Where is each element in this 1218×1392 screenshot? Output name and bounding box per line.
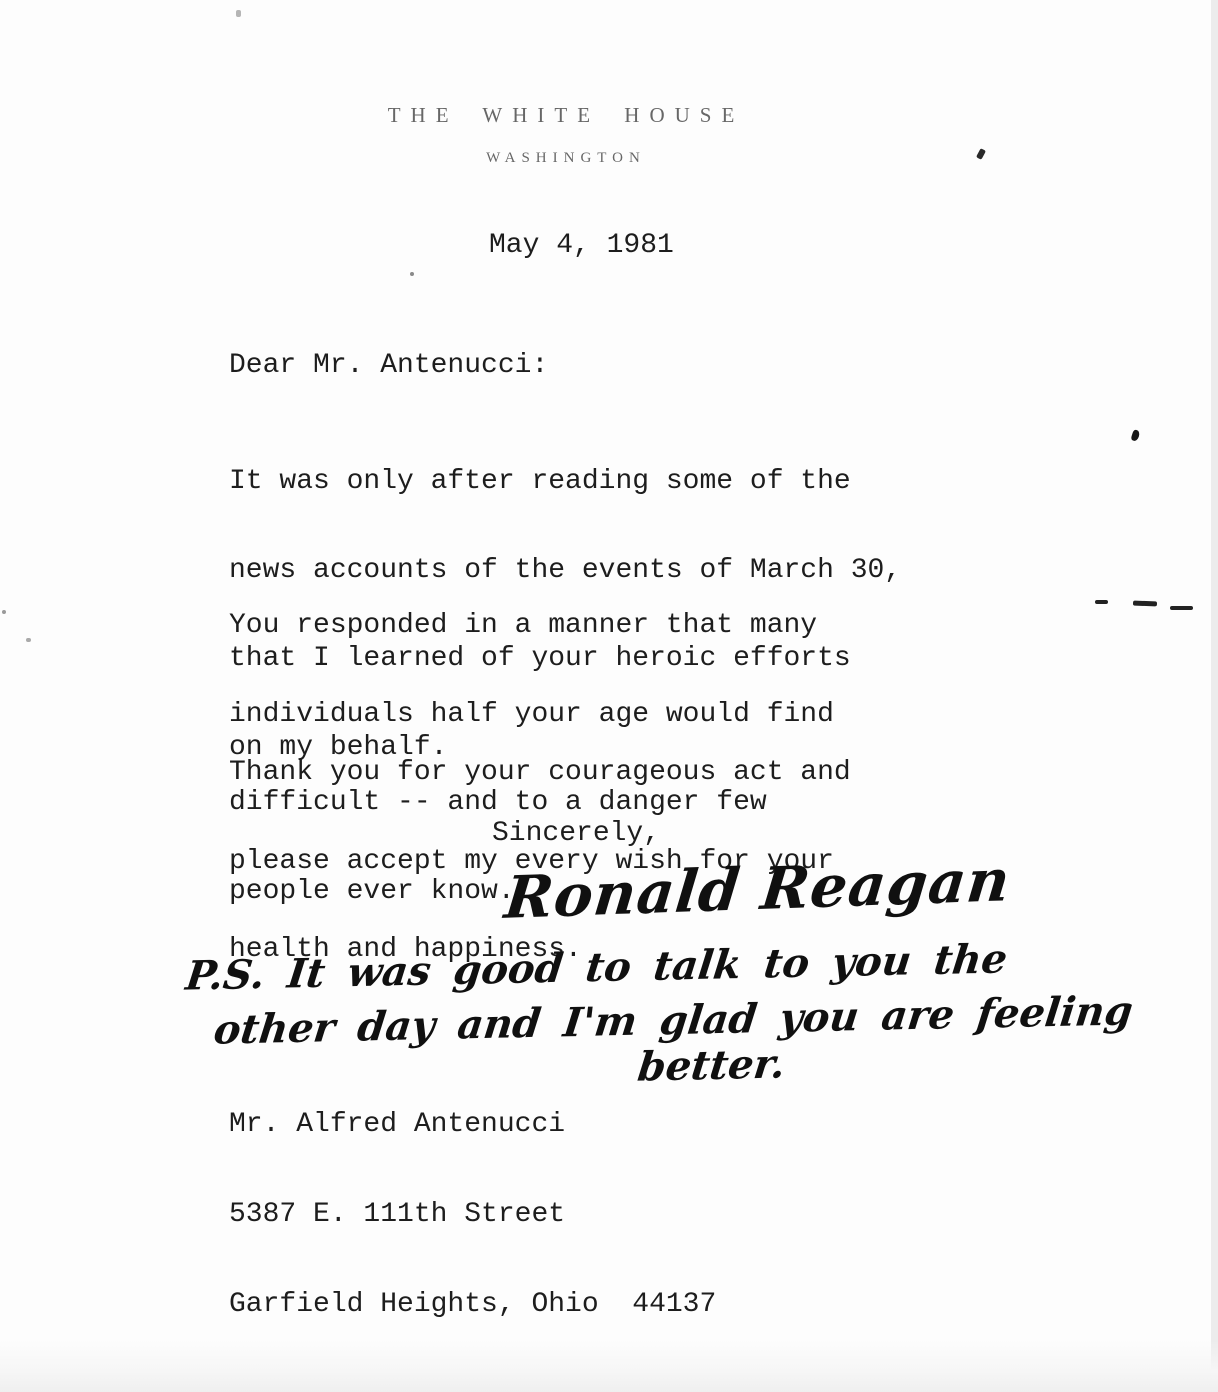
recipient-address-block: Mr. Alfred Antenucci 5387 E. 111th Stree… (229, 1050, 716, 1380)
scan-edge-bottom (0, 1340, 1218, 1392)
body-line: You responded in a manner that many (229, 611, 834, 641)
recipient-street: 5387 E. 111th Street (229, 1200, 716, 1230)
scan-speck (236, 10, 241, 17)
scan-dash (1133, 601, 1157, 607)
closing: Sincerely, (492, 819, 660, 849)
scan-speck (26, 638, 31, 642)
scan-speck (1130, 429, 1140, 442)
scan-speck (2, 610, 6, 614)
scan-edge-right (1211, 0, 1218, 1392)
letter-date: May 4, 1981 (489, 231, 674, 261)
recipient-name: Mr. Alfred Antenucci (229, 1110, 716, 1140)
letterhead-title: THE WHITE HOUSE (0, 103, 1132, 128)
scan-dash (1095, 600, 1108, 604)
scan-dash (1170, 606, 1193, 610)
scan-speck (410, 272, 414, 276)
letterhead-subtitle: WASHINGTON (0, 150, 1132, 167)
salutation: Dear Mr. Antenucci: (229, 351, 548, 381)
recipient-city-state-zip: Garfield Heights, Ohio 44137 (229, 1290, 716, 1320)
body-line: It was only after reading some of the (229, 467, 901, 497)
body-line: Thank you for your courageous act and (229, 758, 851, 788)
scanned-letter-page: THE WHITE HOUSE WASHINGTON May 4, 1981 D… (0, 0, 1218, 1392)
